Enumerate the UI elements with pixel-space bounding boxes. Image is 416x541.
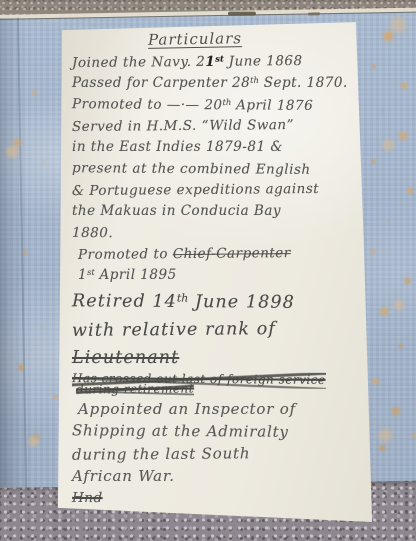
handwriting-text: the Makuas in Conducia Bay — [72, 203, 281, 219]
handwriting-text: Hnd — [72, 490, 103, 506]
handwriting-text: Shipping at the Admiralty — [72, 422, 289, 442]
handwriting-text: 1 — [205, 54, 215, 70]
handwriting-text: 1 — [78, 267, 87, 283]
handwriting-text: st — [87, 267, 95, 277]
handwritten-line: Shipping at the Admiralty — [72, 420, 289, 444]
document-title: Particulars — [148, 29, 242, 49]
document-page: Particulars Joined the Navy. 21st June 1… — [56, 16, 374, 522]
handwriting-text: th — [177, 291, 188, 304]
handwriting-text: Retired 14 — [72, 291, 177, 312]
handwritten-line: Retired 14th June 1898 — [72, 289, 295, 316]
handwriting-text: June 1898 — [188, 292, 295, 313]
handwritten-line: Hnd — [72, 488, 103, 510]
page-edge-tear-mark-small — [308, 12, 320, 15]
handwritten-line: Served in H.M.S. “Wild Swan” — [72, 115, 294, 138]
handwriting-text: in the East Indies 1879-81 & — [72, 139, 283, 155]
document-page-content: Particulars Joined the Navy. 21st June 1… — [56, 16, 374, 522]
document-lines: Joined the Navy. 21st June 1868Passed fo… — [72, 52, 366, 509]
handwriting-text: during the last South — [72, 444, 250, 464]
handwritten-line: Promoted to Chief-Carpenter — [78, 243, 291, 266]
handwriting-text: Passed for Carpenter 28 — [72, 75, 250, 91]
handwritten-line: during the last South — [72, 442, 250, 466]
handwritten-line: Joined the Navy. 21st June 1868 — [72, 51, 303, 74]
handwriting-text: during retirement — [76, 382, 194, 397]
handwriting-text: th — [250, 75, 259, 85]
handwriting-text: Lieutenant — [72, 348, 179, 368]
handwriting-text: & Portuguese expeditions against — [72, 181, 319, 199]
handwritten-line: African War. — [72, 465, 175, 488]
handwritten-line: with relative rank of — [72, 317, 276, 344]
handwriting-text: Promoted to — [78, 246, 173, 263]
handwritten-line: present at the combined English — [72, 158, 311, 181]
handwriting-text: April 1895 — [95, 267, 177, 283]
handwritten-line: Lieutenant — [72, 346, 179, 371]
handwriting-text: st — [215, 54, 224, 64]
handwritten-line: in the East Indies 1879-81 & — [72, 137, 283, 158]
handwriting-text: Appointed an Inspector of — [78, 400, 296, 418]
handwritten-line: 1st April 1895 — [78, 265, 177, 286]
handwriting-text: Sept. 1870. — [259, 75, 348, 91]
handwriting-text: June 1868 — [224, 53, 303, 70]
handwriting-text: April 1876 — [231, 97, 313, 114]
handwritten-line: the Makuas in Conducia Bay — [72, 201, 281, 222]
handwriting-text: Served in H.M.S. “Wild Swan” — [72, 117, 294, 135]
photo-album-scene: Particulars Joined the Navy. 21st June 1… — [0, 0, 416, 541]
handwriting-text: with relative rank of — [72, 319, 276, 341]
handwritten-line: Promoted to —·— 20th April 1876 — [72, 94, 313, 117]
album-page-gutter-shadow — [0, 17, 34, 488]
page-edge-tear-mark — [228, 12, 256, 16]
handwritten-line: during retirement — [76, 382, 194, 399]
handwriting-text: 1880. — [72, 224, 113, 240]
handwriting-text: Chief-Carpenter — [173, 245, 291, 262]
handwritten-line: Appointed an Inspector of — [78, 398, 296, 421]
handwritten-line: Passed for Carpenter 28th Sept. 1870. — [72, 73, 348, 94]
handwritten-line: 1880. — [72, 222, 113, 244]
handwriting-text: African War. — [72, 467, 175, 485]
handwriting-text: present at the combined English — [72, 160, 311, 178]
handwritten-line: & Portuguese expeditions against — [72, 179, 319, 202]
handwriting-text: Promoted to —·— 20 — [72, 96, 223, 113]
handwriting-text: Joined the Navy. 2 — [72, 54, 206, 71]
